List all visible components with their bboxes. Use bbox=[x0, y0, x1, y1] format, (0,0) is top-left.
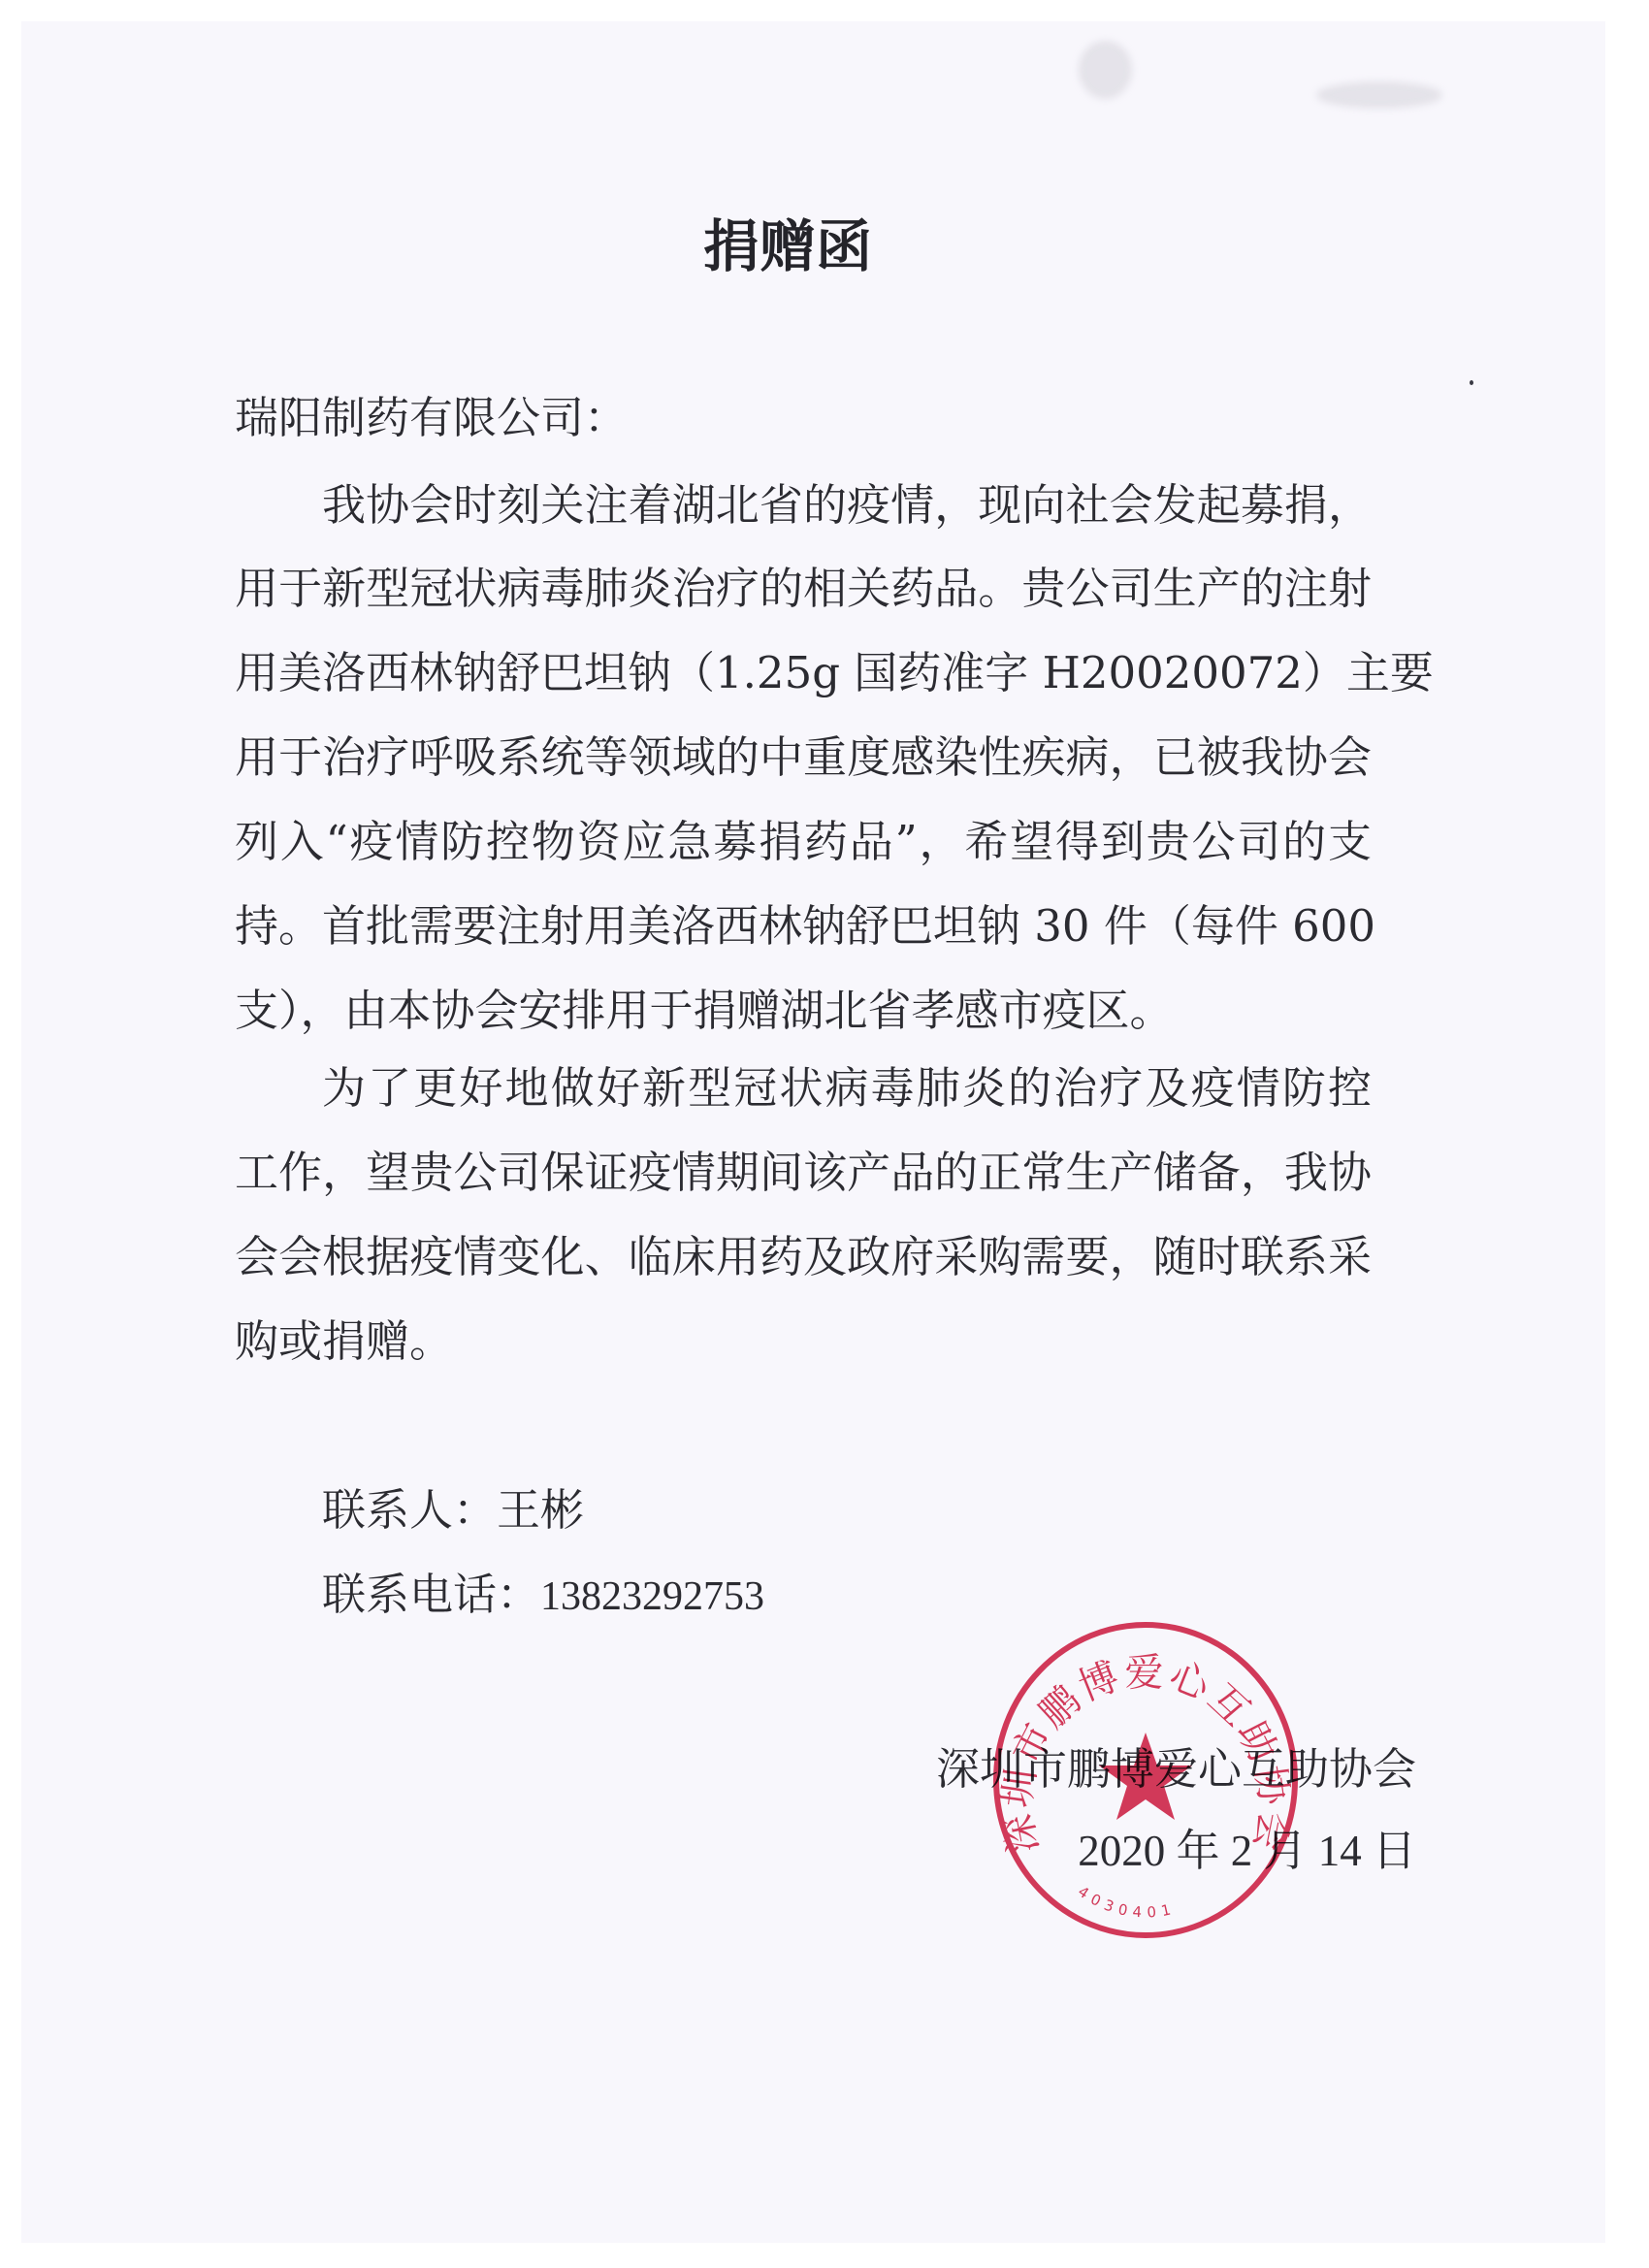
paragraph1-line: 支），由本协会安排用于捐赠湖北省孝感市疫区。 bbox=[235, 982, 1372, 1040]
scan-smudge bbox=[1079, 41, 1132, 99]
contact-phone: 联系电话：13823292753 bbox=[322, 1566, 764, 1626]
official-seal-icon: 深圳市鹏博爱心互助协会 4030401 bbox=[987, 1618, 1304, 1942]
scan-speck bbox=[1470, 380, 1473, 385]
contact-person: 联系人：王彬 bbox=[322, 1481, 584, 1539]
paragraph2-line: 为了更好地做好新型冠状病毒肺炎的治疗及疫情防控 bbox=[322, 1059, 1372, 1118]
paragraph1-line: 持。首批需要注射用美洛西林钠舒巴坦钠 30 件（每件 600 bbox=[235, 897, 1372, 956]
scanned-page bbox=[21, 21, 1605, 2243]
paragraph1-line: 我协会时刻关注着湖北省的疫情，现向社会发起募捐， bbox=[322, 476, 1372, 535]
paragraph1-line: 用于治疗呼吸系统等领域的中重度感染性疾病，已被我协会 bbox=[235, 729, 1372, 787]
contact-phone-number: 13823292753 bbox=[540, 1574, 764, 1619]
paragraph2-line: 工作，望贵公司保证疫情期间该产品的正常生产储备，我协 bbox=[235, 1144, 1372, 1202]
seal-star-icon bbox=[1099, 1733, 1192, 1820]
paragraph2-line: 会会根据疫情变化、临床用药及政府采购需要，随时联系采 bbox=[235, 1228, 1372, 1286]
paragraph1-line: 用于新型冠状病毒肺炎治疗的相关药品。贵公司生产的注射 bbox=[235, 560, 1372, 618]
paragraph1-line: 列入“疫情防控物资应急募捐药品”，希望得到贵公司的支 bbox=[235, 813, 1372, 871]
paragraph1-line: 用美洛西林钠舒巴坦钠（1.25g 国药准字 H20020072）主要 bbox=[235, 644, 1372, 702]
svg-text:4030401: 4030401 bbox=[1075, 1883, 1178, 1922]
document-title: 捐赠函 bbox=[0, 208, 1575, 285]
salutation: 瑞阳制药有限公司： bbox=[235, 389, 1372, 447]
contact-person-label: 联系人： bbox=[322, 1484, 497, 1536]
paragraph2-line: 购或捐赠。 bbox=[235, 1312, 1372, 1371]
contact-person-name: 王彬 bbox=[497, 1484, 584, 1536]
contact-phone-label: 联系电话： bbox=[322, 1569, 540, 1620]
scan-smudge bbox=[1316, 81, 1442, 109]
seal-serial: 4030401 bbox=[1075, 1883, 1178, 1922]
